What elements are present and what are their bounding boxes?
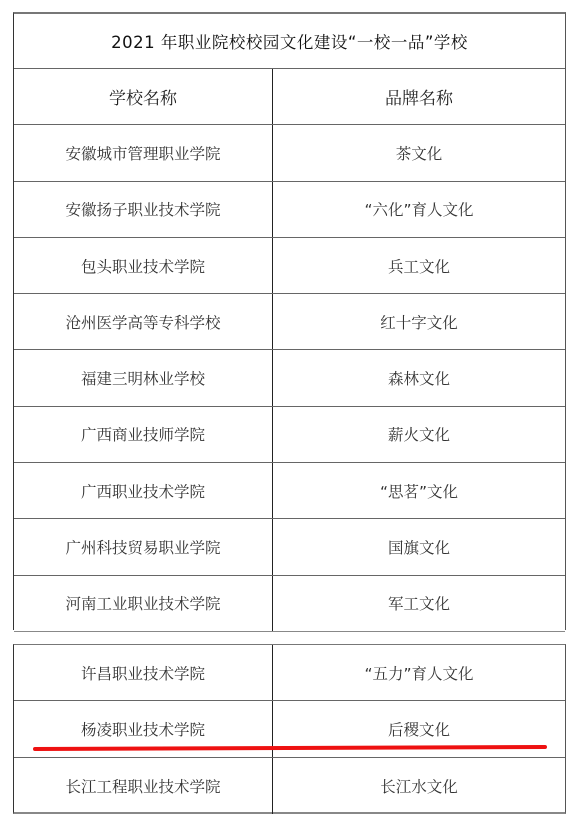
school-cell: 福建三明林业学校 <box>14 350 273 405</box>
school-cell: 长江工程职业技术学院 <box>14 758 273 814</box>
table-row: 福建三明林业学校 森林文化 <box>14 350 565 406</box>
brand-cell: 森林文化 <box>273 350 565 405</box>
brand-cell: 茶文化 <box>273 125 565 180</box>
header-school-name: 学校名称 <box>14 69 273 124</box>
table-row: 安徽扬子职业技术学院 “六化”育人文化 <box>14 182 565 238</box>
schools-table-part-2: 许昌职业技术学院 “五力”育人文化 杨凌职业技术学院 后稷文化 长江工程职业技术… <box>13 644 566 814</box>
table-row: 广州科技贸易职业学院 国旗文化 <box>14 519 565 575</box>
table-row: 长江工程职业技术学院 长江水文化 <box>14 758 565 814</box>
table-header-row: 学校名称 品牌名称 <box>14 69 565 125</box>
brand-cell: 长江水文化 <box>273 758 565 814</box>
brand-cell: 国旗文化 <box>273 519 565 574</box>
table-row: 沧州医学高等专科学校 红十字文化 <box>14 294 565 350</box>
brand-cell: 军工文化 <box>273 576 565 631</box>
school-cell: 广州科技贸易职业学院 <box>14 519 273 574</box>
school-cell: 包头职业技术学院 <box>14 238 273 293</box>
school-cell: 许昌职业技术学院 <box>14 645 273 700</box>
school-cell: 安徽扬子职业技术学院 <box>14 182 273 237</box>
school-cell: 河南工业职业技术学院 <box>14 576 273 631</box>
school-cell: 安徽城市管理职业学院 <box>14 125 273 180</box>
brand-cell: 薪火文化 <box>273 407 565 462</box>
brand-cell: 红十字文化 <box>273 294 565 349</box>
table-title: 2021 年职业院校校园文化建设“一校一品”学校 <box>14 14 565 69</box>
school-cell: 沧州医学高等专科学校 <box>14 294 273 349</box>
table-row: 安徽城市管理职业学院 茶文化 <box>14 125 565 181</box>
brand-cell: “思茗”文化 <box>273 463 565 518</box>
table-row: 包头职业技术学院 兵工文化 <box>14 238 565 294</box>
brand-cell: “五力”育人文化 <box>273 645 565 700</box>
table-row: 河南工业职业技术学院 军工文化 <box>14 576 565 632</box>
header-brand-name: 品牌名称 <box>273 69 565 124</box>
brand-cell: “六化”育人文化 <box>273 182 565 237</box>
brand-cell: 兵工文化 <box>273 238 565 293</box>
table-row: 广西商业技师学院 薪火文化 <box>14 407 565 463</box>
school-cell: 广西商业技师学院 <box>14 407 273 462</box>
table-row: 广西职业技术学院 “思茗”文化 <box>14 463 565 519</box>
schools-table-part-1: 2021 年职业院校校园文化建设“一校一品”学校 学校名称 品牌名称 安徽城市管… <box>13 12 566 630</box>
school-cell: 广西职业技术学院 <box>14 463 273 518</box>
table-row: 许昌职业技术学院 “五力”育人文化 <box>14 645 565 701</box>
